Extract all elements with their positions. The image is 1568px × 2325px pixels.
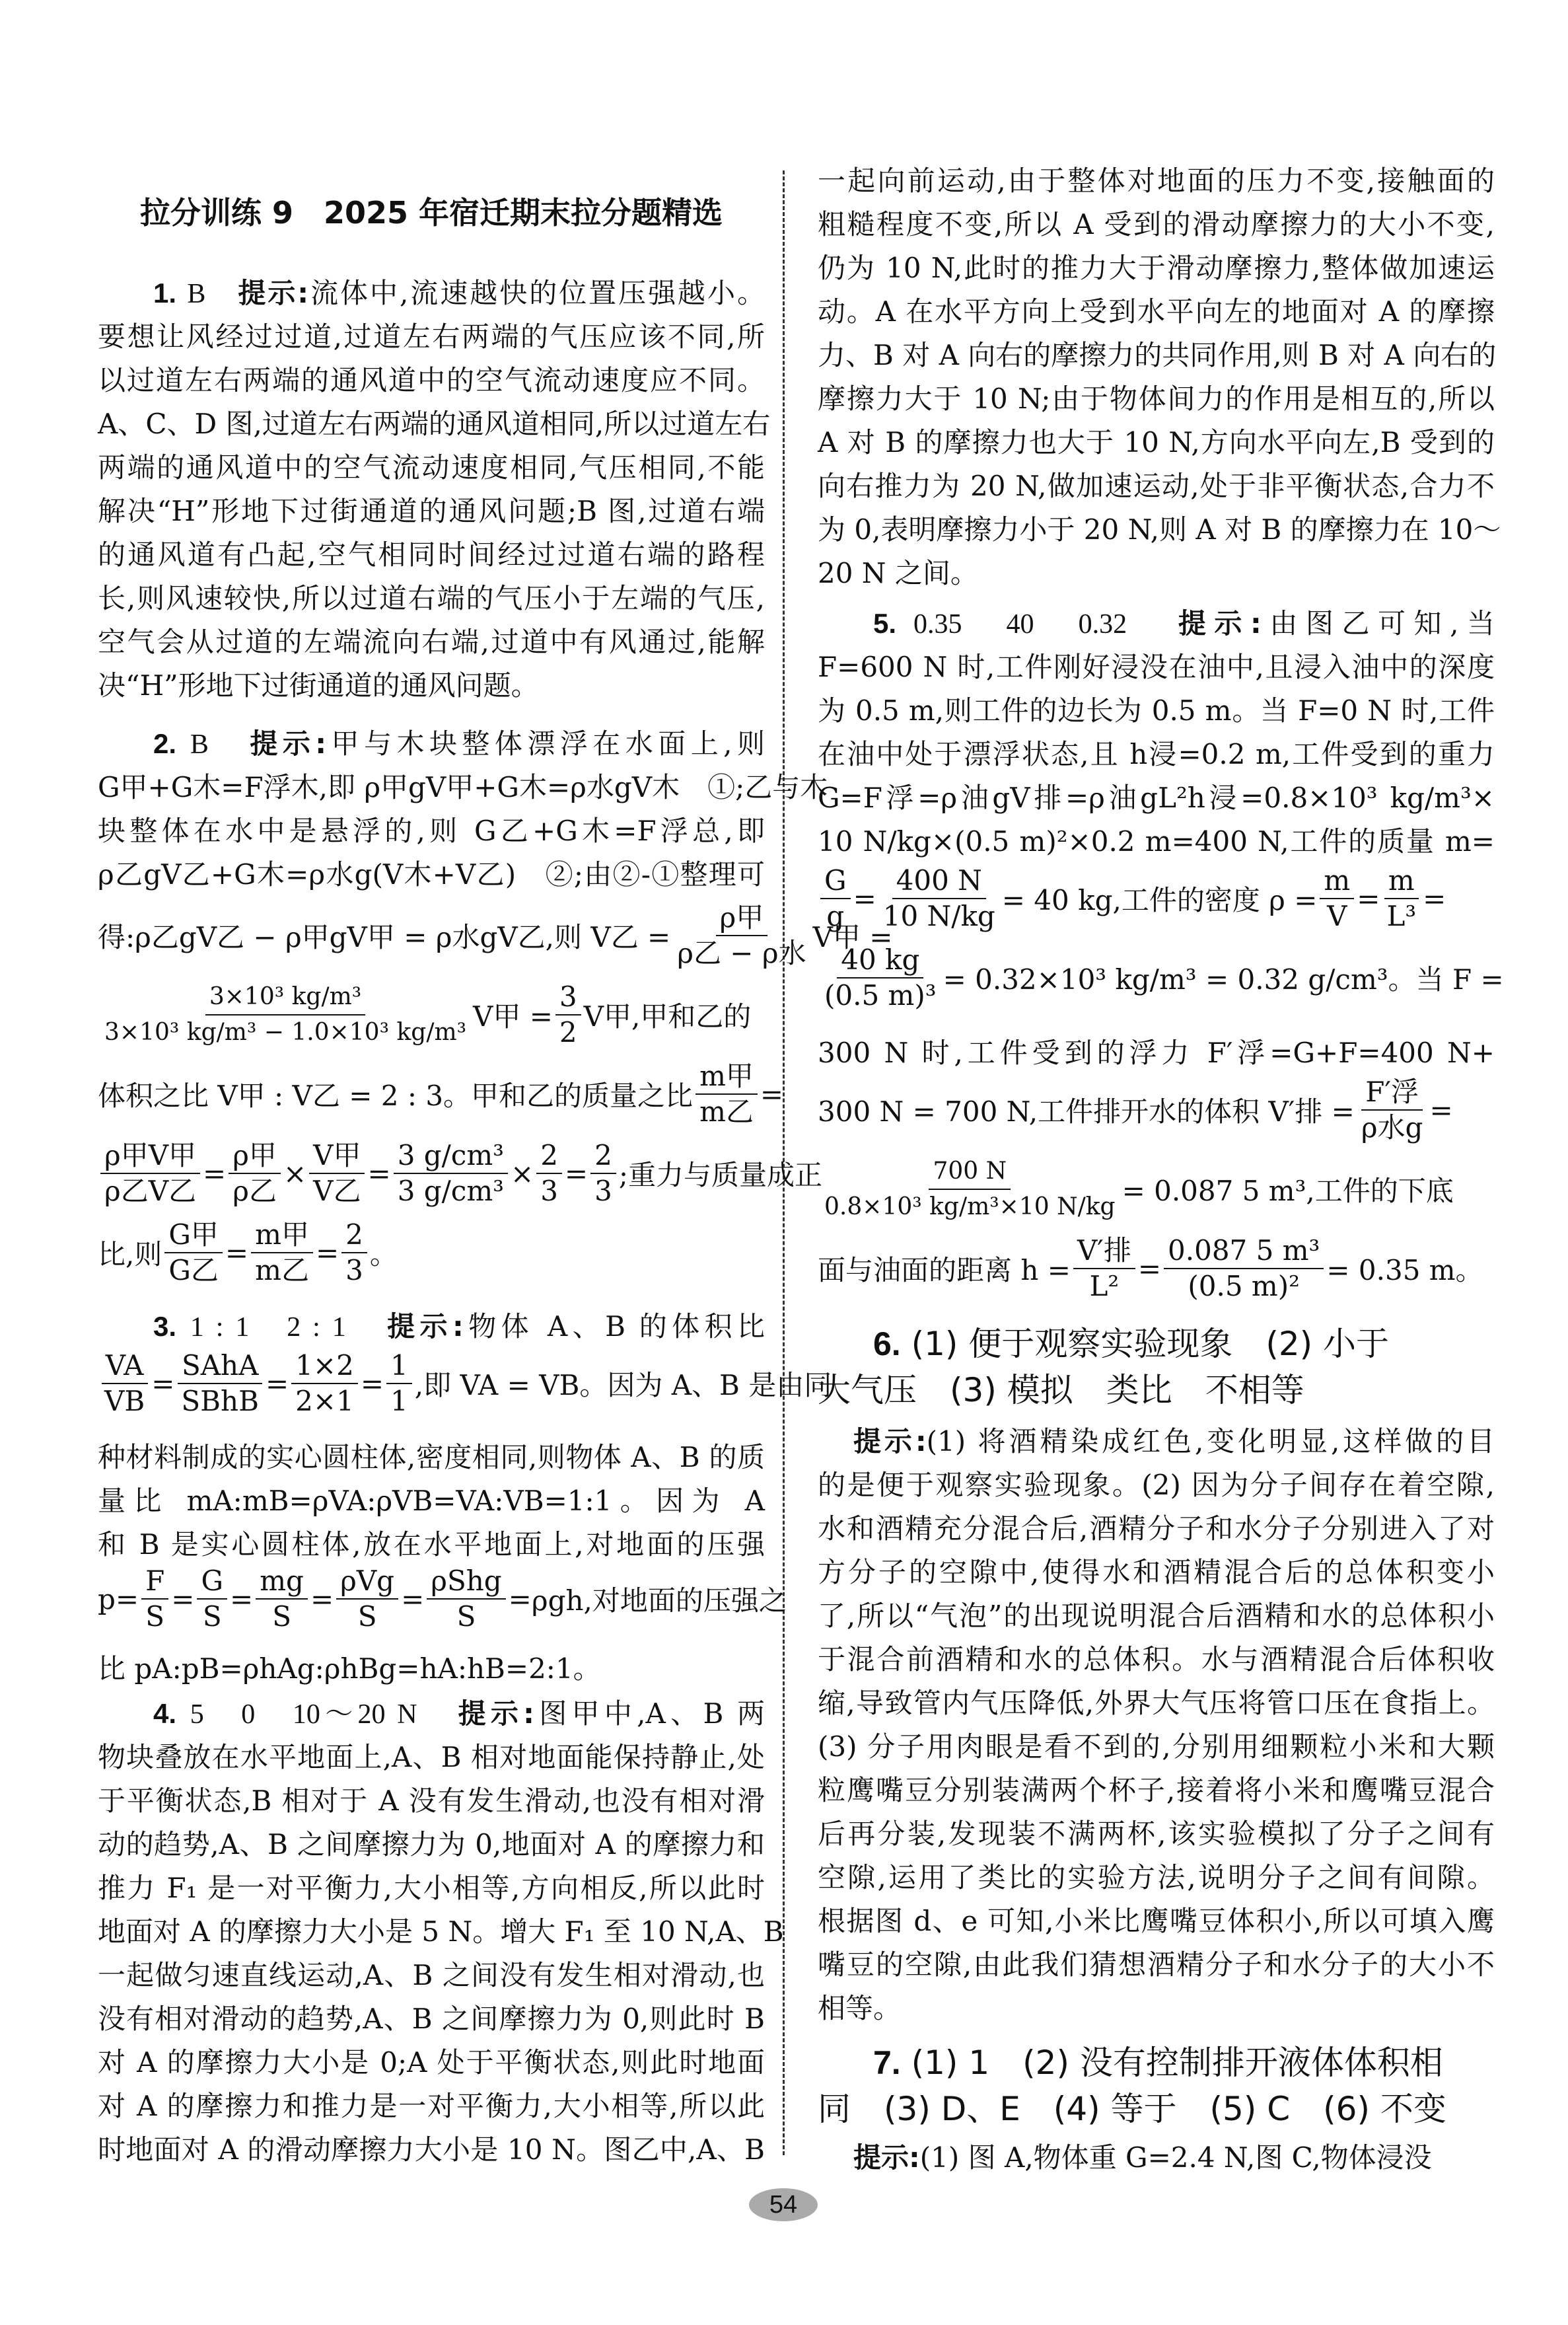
text-line: A 对 B 的摩擦力也大于 10 N,方向水平向左,B 受到的	[818, 424, 1495, 461]
formula-text: 得:ρ乙gV乙 − ρ甲gV甲 = ρ水gV乙,则 V乙 =	[98, 916, 670, 955]
fraction: Gg	[820, 864, 851, 934]
text-line: 后再分装,发现装不满两杯,该实验模拟了分子之间有	[818, 1816, 1495, 1853]
fraction: 0.087 5 m³(0.5 m)²	[1164, 1234, 1324, 1304]
formula-text: ;重力与质量成正	[619, 1154, 822, 1193]
text-line: 在油中处于漂浮状态,且 h浸=0.2 m,工件受到的重力	[818, 736, 1495, 773]
formula-line: 面与油面的距离 h = V′排L²= 0.087 5 m³(0.5 m)² = …	[818, 1229, 1495, 1308]
text-line: 决“H”形地下过街通道的通风问题。	[98, 667, 765, 704]
formula-text: V甲 =	[473, 995, 553, 1035]
hint-label: 提示:	[458, 1697, 534, 1730]
formula-text: 面与油面的距离 h =	[818, 1249, 1071, 1288]
fraction: 23	[590, 1138, 616, 1208]
formula-line: 40 kg(0.5 m)³ = 0.32×10³ kg/m³ = 0.32 g/…	[818, 938, 1495, 1017]
fraction: V甲V乙	[309, 1138, 365, 1208]
fraction: 3×10³ kg/m³3×10³ kg/m³ − 1.0×10³ kg/m³	[100, 980, 470, 1050]
text-line: 粒鹰嘴豆分别装满两个杯子,接着将小米和鹰嘴豆混合	[818, 1772, 1495, 1809]
fraction: 11	[386, 1348, 412, 1419]
text-line: 向右推力为 20 N,做加速运动,处于非平衡状态,合力不	[818, 468, 1495, 505]
text-line: 一起向前运动,由于整体对地面的压力不变,接触面的	[818, 163, 1495, 200]
fraction: G甲G乙	[164, 1218, 223, 1288]
fraction: mgS	[256, 1564, 308, 1634]
q7-answer-line2: 同 (3) D、E (4) 等于 (5) C (6) 不变	[818, 2088, 1495, 2130]
question-number: 1.	[153, 277, 176, 309]
fraction: ρShgS	[427, 1564, 505, 1634]
fraction: 1×22×1	[291, 1348, 358, 1419]
text-line: 对 A 的摩擦力大小是 0;A 处于平衡状态,则此时地面	[98, 2044, 765, 2081]
question-number: 3.	[153, 1311, 176, 1342]
fraction: 3 g/cm³3 g/cm³	[394, 1138, 508, 1208]
formula-text: 。	[370, 1233, 398, 1273]
q6-answer-line1: 6. (1) 便于观察实验现象 (2) 小于	[818, 1323, 1495, 1365]
hint-text: (1) 将酒精染成红色,变化明显,这样做的目	[927, 1425, 1495, 1458]
text-line: 比 pA:pB=ρhAg:ρhBg=hA:hB=2:1。	[98, 1650, 765, 1687]
answer: 5 0 10～20 N	[190, 1699, 417, 1730]
text-line: 了,所以“气泡”的出现说明混合后酒精和水的总体积小	[818, 1598, 1495, 1635]
text-line: 要想让风经过过道,过道左右两端的气压应该不同,所	[98, 318, 765, 355]
fraction: 400 N10 N/kg	[879, 864, 999, 934]
text-line: 动的趋势,A、B 之间摩擦力为 0,地面对 A 的摩擦力和	[98, 1826, 765, 1863]
question-number: 7.	[873, 2044, 901, 2081]
page-title: 拉分训练 9 2025 年宿迁期末拉分题精选	[98, 193, 765, 233]
text-line: 空隙,运用了类比的实验方法,说明分子之间有间隙。	[818, 1859, 1495, 1896]
fraction: 700 N0.8×10³ kg/m³×10 N/kg	[820, 1154, 1120, 1224]
hint-text: 由图乙可知,当	[1262, 607, 1495, 640]
text-line: 10 N/kg×(0.5 m)²×0.2 m=400 N,工件的质量 m=	[818, 823, 1495, 860]
text-line: 于混合前酒精和水的总体积。水与酒精混合后体积收	[818, 1641, 1495, 1678]
formula-line: 3×10³ kg/m³3×10³ kg/m³ − 1.0×10³ kg/m³ V…	[98, 975, 765, 1054]
text-line: ρ乙gV乙+G木=ρ水g(V木+V乙) ②;由②-①整理可	[98, 856, 765, 893]
formula-text: = 0.35 m。	[1326, 1249, 1483, 1288]
text-line: 300 N 时,工件受到的浮力 F′浮=G+F=400 N+	[818, 1035, 1495, 1072]
fraction: GS	[197, 1564, 227, 1634]
text-line: 种材料制成的实心圆柱体,密度相同,则物体 A、B 的质	[98, 1439, 765, 1476]
text-line: 为 0,表明摩擦力小于 20 N,则 A 对 B 的摩擦力在 10～	[818, 511, 1495, 548]
hint-label: 提示:	[1178, 607, 1262, 640]
text-line: 以过道左右两端的通风道中的空气流动速度应不同。	[98, 362, 765, 399]
text-line: 缩,导致管内气压降低,外界大气压将管口压在食指上。	[818, 1685, 1495, 1722]
fraction: m甲m乙	[695, 1059, 758, 1129]
text-line: G甲+G木=F浮木,即 ρ甲gV甲+G木=ρ水gV木 ①;乙与木	[98, 769, 765, 806]
text-line: 空气会从过道的左端流向右端,过道中有风通过,能解	[98, 624, 765, 661]
text-line: 块整体在水中是悬浮的,则 G乙+G木=F浮总,即	[98, 813, 765, 850]
text-line: 一起做匀速直线运动,A、B 之间没有发生相对滑动,也	[98, 1957, 765, 1994]
text-line: 动。A 在水平方向上受到水平向左的地面对 A 的摩擦	[818, 293, 1495, 330]
text-line: G=F浮=ρ油gV排=ρ油gL²h浸=0.8×10³ kg/m³×	[818, 780, 1495, 817]
fraction: 32	[555, 980, 581, 1050]
formula-text: V甲,甲和乙的	[584, 995, 752, 1035]
answer: 1 : 1 2 : 1	[190, 1312, 346, 1343]
formula-line: 比,则 G甲G乙= m甲m乙= 23 。	[98, 1213, 765, 1292]
text-line: 的通风道有凸起,空气相同时间经过过道右端的路程	[98, 536, 765, 573]
hint-label: 提示:	[853, 1425, 927, 1458]
formula-line: 700 N0.8×10³ kg/m³×10 N/kg = 0.087 5 m³,…	[818, 1150, 1495, 1229]
text-line: 的是便于观察实验现象。(2) 因为分子间存在着空隙,	[818, 1467, 1495, 1504]
fraction: mV	[1320, 864, 1354, 934]
answer: B	[190, 729, 209, 760]
hint-label: 提示:	[238, 277, 308, 309]
formula-text: = 0.32×10³ kg/m³ = 0.32 g/cm³。当 F =	[943, 958, 1504, 998]
text-line: 力、B 对 A 向右的摩擦力的共同作用,则 B 对 A 向右的	[818, 337, 1495, 374]
q2-header: 2. B 提示:甲与木块整体漂浮在水面上,则	[98, 725, 765, 762]
formula-text: p	[98, 1583, 116, 1615]
text-line: 相等。	[818, 1990, 1495, 2027]
text-line: 没有相对滑动的趋势,A、B 之间摩擦力为 0,则此时 B	[98, 2001, 765, 2038]
hint-label: 提示:	[387, 1310, 464, 1343]
fraction: ρVgS	[336, 1564, 398, 1634]
answer: (1) 便于观察实验现象 (2) 小于	[911, 1325, 1389, 1363]
text-line: 方分子的空隙中,使得水和酒精混合后的总体积变小	[818, 1554, 1495, 1591]
hint-text: 物体 A、B 的体积比	[464, 1310, 765, 1343]
text-line: 和 B 是实心圆柱体,放在水平地面上,对地面的压强	[98, 1526, 765, 1563]
text-line: 对 A 的摩擦力和推力是一对平衡力,大小相等,所以此	[98, 2088, 765, 2125]
text-line: 嘴豆的空隙,由此我们猜想酒精分子和水分子的大小不	[818, 1946, 1495, 1983]
fraction: FS	[141, 1564, 168, 1634]
text-line: 于平衡状态,B 相对于 A 没有发生滑动,也没有相对滑	[98, 1783, 765, 1820]
fraction: m甲m乙	[251, 1218, 313, 1288]
text-line: 摩擦力大于 10 N;由于物体间力的作用是相互的,所以	[818, 381, 1495, 418]
answer: 0.35 40 0.32	[913, 609, 1127, 640]
q4-header: 4. 5 0 10～20 N 提示:图甲中,A、B 两	[98, 1695, 765, 1732]
text-line: 解决“H”形地下过街通道的通风问题;B 图,过道右端	[98, 493, 765, 530]
answer: (1) 1 (2) 没有控制排开液体体积相	[911, 2044, 1443, 2082]
text-line: (3) 分子用肉眼是看不到的,分别用细颗粒小米和大颗	[818, 1728, 1495, 1765]
fraction: ρ甲ρ乙 − ρ水	[673, 901, 810, 971]
formula-line: 得:ρ乙gV乙 − ρ甲gV甲 = ρ水gV乙,则 V乙 = ρ甲ρ乙 − ρ水…	[98, 896, 765, 975]
text-line: A、C、D 图,过道左右两端的通风道相同,所以过道左右	[98, 406, 765, 443]
formula-text: =	[760, 1078, 783, 1111]
fraction: SAhASBhB	[177, 1348, 263, 1419]
q7-answer-line1: 7. (1) 1 (2) 没有控制排开液体体积相	[818, 2042, 1495, 2084]
fraction: ρ甲ρ乙	[229, 1138, 281, 1208]
q3-header: 3. 1 : 1 2 : 1 提示:物体 A、B 的体积比	[98, 1308, 765, 1345]
text-line: 推力 F₁ 是一对平衡力,大小相等,方向相反,所以此时	[98, 1870, 765, 1907]
formula-line: Gg= 400 N10 N/kg = 40 kg,工件的密度 ρ = mV= m…	[818, 859, 1495, 938]
fraction: 40 kg(0.5 m)³	[820, 943, 941, 1013]
formula-text: = 0.087 5 m³,工件的下底	[1122, 1169, 1454, 1209]
text-line: 20 N 之间。	[818, 555, 1495, 592]
question-number: 2.	[153, 728, 176, 759]
text-line: 地面对 A 的摩擦力大小是 5 N。增大 F₁ 至 10 N,A、B	[98, 1913, 765, 1950]
q1-header: 1. B 提示:流体中,流速越快的位置压强越小。	[98, 275, 765, 312]
hint-text: 流体中,流速越快的位置压强越小。	[308, 277, 765, 309]
formula-line: 体积之比 V甲 : V乙 = 2 : 3。甲和乙的质量之比 m甲m乙 =	[98, 1054, 765, 1134]
text-line: 为 0.5 m,则工件的边长为 0.5 m。当 F=0 N 时,工件	[818, 692, 1495, 729]
hint-text: 甲与木块整体漂浮在水面上,则	[326, 727, 765, 760]
text-line: 水和酒精充分混合后,酒精分子和水分子分别进入了对	[818, 1510, 1495, 1547]
hint-text: (1) 图 A,物体重 G=2.4 N,图 C,物体浸没	[920, 2141, 1432, 2174]
formula-line: ρ甲V甲ρ乙V乙= ρ甲ρ乙× V甲V乙= 3 g/cm³3 g/cm³× 23…	[98, 1134, 765, 1213]
formula-text: ,即 VA = VB。因为 A、B 是由同	[415, 1364, 832, 1403]
formula-line: 300 N = 700 N,工件排开水的体积 V′排 = F′浮ρ水g=	[818, 1070, 1495, 1150]
fraction: F′浮ρ水g	[1357, 1075, 1427, 1145]
text-line: 仍为 10 N,此时的推力大于滑动摩擦力,整体做加速运	[818, 250, 1495, 287]
text-line: 时地面对 A 的滑动摩擦力大小是 10 N。图乙中,A、B	[98, 2131, 765, 2168]
formula-text: 比,则	[98, 1233, 162, 1273]
question-number: 5.	[873, 608, 896, 639]
text-line: 粗糙程度不变,所以 A 受到的滑动摩擦力的大小不变,	[818, 206, 1495, 243]
text-line: F=600 N 时,工件刚好浸没在油中,且浸入油中的深度	[818, 649, 1495, 686]
formula-text: 300 N = 700 N,工件排开水的体积 V′排 =	[818, 1090, 1355, 1130]
fraction: VAVB	[100, 1348, 149, 1419]
q5-header: 5. 0.35 40 0.32 提示:由图乙可知,当	[818, 605, 1495, 642]
answer: B	[187, 279, 205, 309]
text-line: 物块叠放在水平地面上,A、B 相对地面能保持静止,处	[98, 1739, 765, 1776]
text-line: 两端的通风道中的空气流动速度相同,气压相同,不能	[98, 449, 765, 486]
q7-hint: 提示:(1) 图 A,物体重 G=2.4 N,图 C,物体浸没	[818, 2139, 1495, 2176]
fraction: ρ甲V甲ρ乙V乙	[100, 1138, 200, 1208]
page-number: 54	[749, 2188, 818, 2221]
hint-text: 图甲中,A、B 两	[534, 1697, 765, 1730]
q6-answer-line2: 大气压 (3) 模拟 类比 不相等	[818, 1369, 1495, 1411]
hint-label: 提示:	[250, 727, 326, 760]
text-line: 根据图 d、e 可知,小米比鹰嘴豆体积小,所以可填入鹰	[818, 1903, 1495, 1940]
question-number: 4.	[153, 1698, 176, 1729]
formula-text: ρgh,对地面的压强之	[532, 1579, 787, 1619]
fraction: 23	[341, 1218, 367, 1288]
hint-label: 提示:	[853, 2141, 920, 2174]
formula-line: VAVB= SAhASBhB= 1×22×1= 11 ,即 VA = VB。因为…	[98, 1344, 765, 1423]
formula-text: = 40 kg,工件的密度 ρ =	[1002, 879, 1318, 918]
fraction: V′排L²	[1073, 1234, 1135, 1304]
q6-hint: 提示:(1) 将酒精染成红色,变化明显,这样做的目	[818, 1423, 1495, 1460]
fraction: mL³	[1382, 864, 1420, 934]
fraction: 23	[536, 1138, 562, 1208]
question-number: 6.	[873, 1325, 901, 1362]
text-line: 长,则风速较快,所以过道右端的气压小于左端的气压,	[98, 580, 765, 617]
formula-text: 体积之比 V甲 : V乙 = 2 : 3。甲和乙的质量之比	[98, 1074, 693, 1114]
formula-line: p= FS= GS= mgS= ρVgS= ρShgS= ρgh,对地面的压强之	[98, 1559, 765, 1639]
text-line: 量比 mA:mB=ρVA:ρVB=VA:VB=1:1。因为 A	[98, 1483, 765, 1520]
